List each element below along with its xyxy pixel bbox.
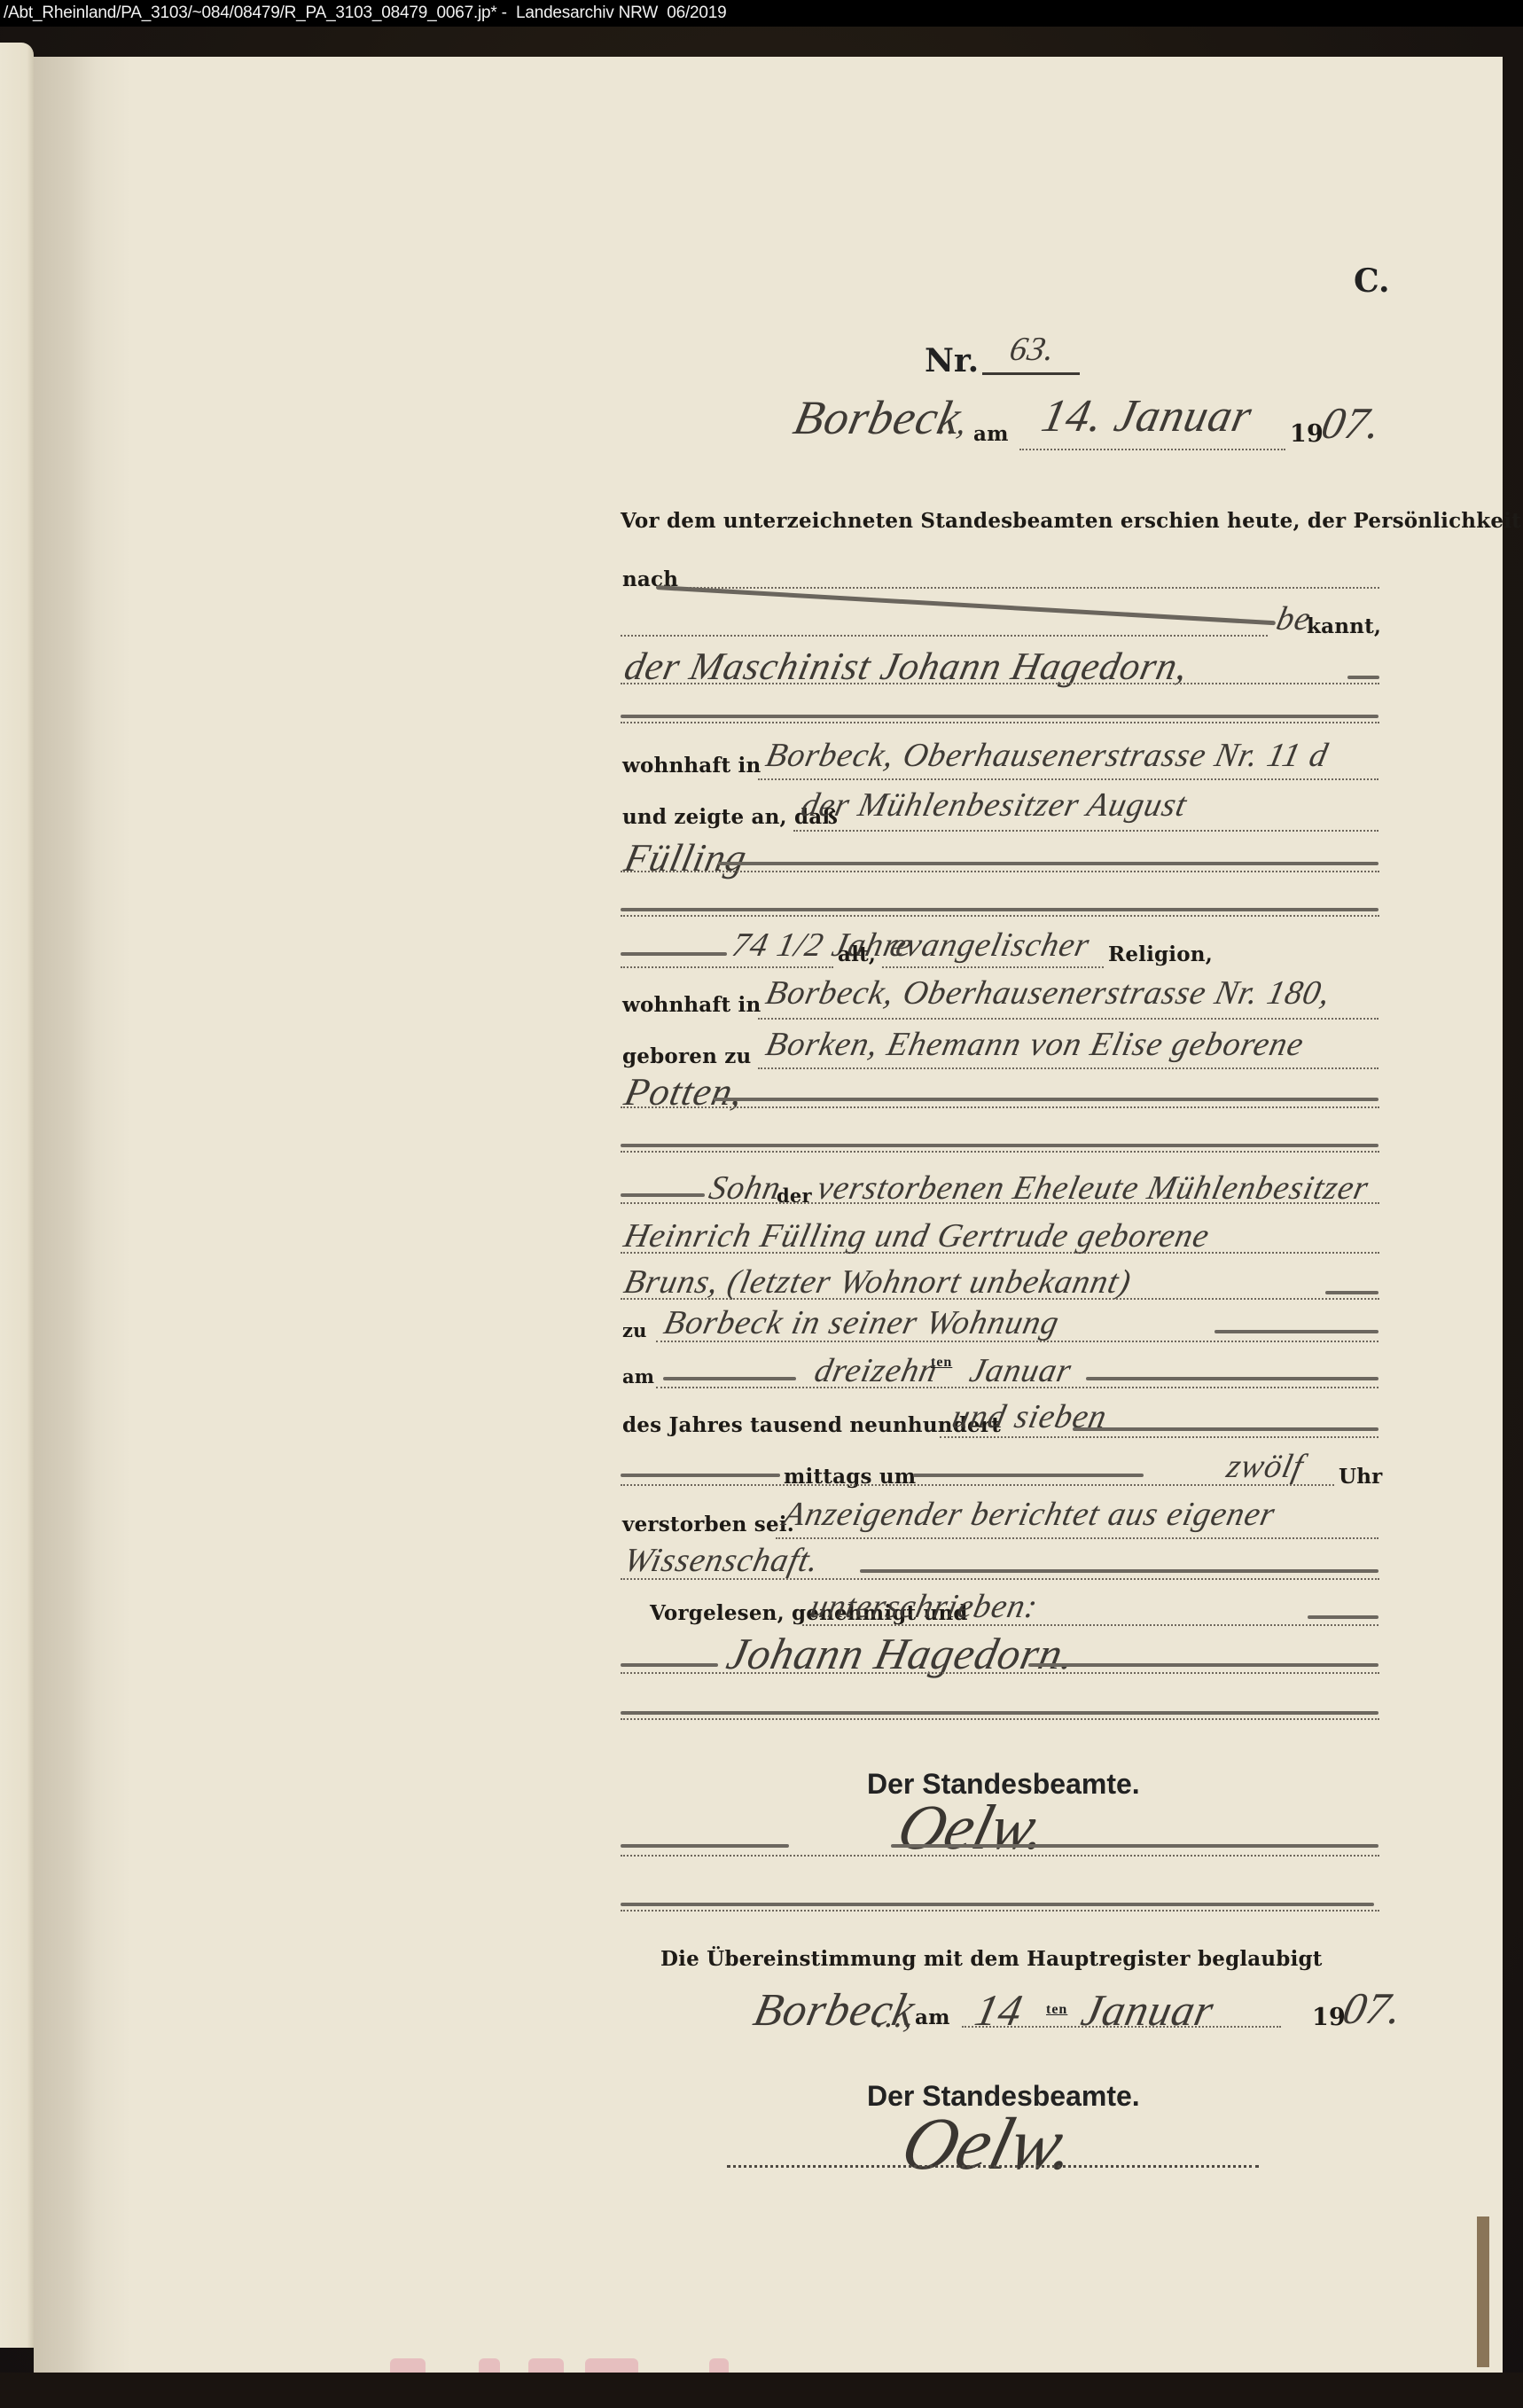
fill-dash (1086, 1377, 1379, 1380)
death-am-label: am (622, 1365, 654, 1388)
fill-dash (621, 1474, 780, 1477)
deceased-wohnhaft-label: wohnhaft in (622, 993, 761, 1017)
fill-dash (621, 952, 727, 956)
register-number-underline (982, 372, 1080, 375)
zu-label: zu (622, 1319, 647, 1341)
fill-dash (1073, 1427, 1379, 1431)
fill-dash (621, 715, 1379, 718)
deceased-line-2: Fülling (621, 835, 751, 880)
death-note-line-2: Wissenschaft. (621, 1541, 823, 1580)
deceased-residence-line (758, 1018, 1379, 1020)
signature-line (621, 1672, 1379, 1674)
deceased-line-1-rule (793, 830, 1379, 832)
fill-dash (1028, 1663, 1379, 1667)
geboren-label: geboren zu (622, 1044, 751, 1068)
parents-rule-3 (621, 1298, 1379, 1300)
time-line (621, 1484, 1334, 1486)
informant-line-2 (621, 722, 1379, 723)
fill-dash (663, 1377, 796, 1380)
deceased-religion: evangelischer (886, 926, 1093, 965)
fill-dash (621, 1144, 1379, 1147)
blank-line (621, 1151, 1379, 1153)
birthplace-line (758, 1067, 1379, 1069)
fill-dash (714, 1098, 1379, 1101)
informant-line (621, 683, 1379, 684)
birthplace-line-2 (621, 1106, 1379, 1108)
death-month: Januar (966, 1351, 1075, 1390)
unterschrieben-line (802, 1624, 1379, 1626)
fill-dash (621, 1711, 1379, 1715)
certification-am-label: am (915, 2005, 950, 2029)
register-number-label: Nr. (925, 342, 979, 379)
parents-line-2: Heinrich Fülling und Gertrude geborene (621, 1216, 1214, 1255)
note-line-2 (621, 1578, 1379, 1580)
alt-label: alt, (838, 942, 876, 966)
blank-line (621, 915, 1379, 917)
header-date-line (1019, 449, 1285, 450)
deceased-line-1: der Mühlenbesitzer August (798, 786, 1191, 825)
fill-dash (621, 1193, 705, 1197)
fill-dash (1347, 676, 1379, 679)
informant-residence: Borbeck, Oberhausenerstrasse Nr. 11 d (762, 736, 1332, 775)
deceased-residence: Borbeck, Oberhausenerstrasse Nr. 180, (762, 973, 1334, 1012)
fill-dash (718, 862, 1379, 865)
bekannt-line (621, 635, 1268, 637)
blank-line (621, 1910, 1379, 1912)
form-letter: C. (1354, 262, 1390, 300)
fill-dash (1308, 1615, 1379, 1619)
death-date-line (656, 1387, 1379, 1388)
certification-year-suffix: 07. (1339, 1982, 1408, 2034)
certification-day-suffix: ten (1046, 2002, 1067, 2018)
informant-wohnhaft-label: wohnhaft in (622, 754, 761, 778)
death-hour: zwölf (1223, 1447, 1308, 1486)
certification-month: Januar (1077, 1984, 1219, 2036)
window-title-bar: /Abt_Rheinland/PA_3103/~084/08479/R_PA_3… (0, 0, 1523, 27)
year-line (940, 1436, 1379, 1438)
fill-dash (860, 1569, 1379, 1573)
verstorben-label: verstorben sei. (622, 1513, 794, 1536)
fill-dash (891, 1844, 1379, 1848)
blank-line (621, 1718, 1379, 1720)
deceased-birthplace: Borken, Ehemann von Elise geborene (762, 1025, 1308, 1064)
unterschrieben-handwritten: unterschrieben: (807, 1587, 1042, 1626)
fill-dash (621, 1844, 789, 1848)
official-signature-line-2 (727, 2165, 1259, 2168)
fill-dash (621, 1663, 718, 1667)
parents-rule-1 (621, 1202, 1379, 1204)
death-day-suffix: ten (931, 1355, 952, 1371)
official-signature-2: Oelw. (894, 2101, 1085, 2187)
certification-text: Die Übereinstimmung mit dem Hauptregiste… (660, 1947, 1323, 1971)
header-year-suffix: 07. (1317, 397, 1386, 449)
death-place: Borbeck in seiner Wohnung (660, 1303, 1063, 1342)
official-signature-1: Oelw. (891, 1791, 1055, 1865)
year-label: des Jahres tausend neunhundert (622, 1413, 1001, 1437)
official-signature-line-1 (621, 1855, 1379, 1857)
page-edge-tear (1477, 2216, 1489, 2367)
religion-line (882, 966, 1104, 968)
window-title: /Abt_Rheinland/PA_3103/~084/08479/R_PA_3… (4, 4, 727, 22)
fill-dash (621, 1903, 1374, 1906)
left-page-edge (0, 43, 34, 2348)
age-line (621, 966, 833, 968)
fill-dash (1325, 1291, 1379, 1294)
fill-dash (621, 908, 1379, 911)
informant-residence-line (758, 778, 1379, 780)
fill-dash (913, 1474, 1144, 1477)
nach-line (665, 587, 1379, 589)
death-note-line-1: Anzeigender berichtet aus eigener (780, 1495, 1279, 1534)
register-number: 63. (1006, 330, 1059, 369)
intro-printed-text: Vor dem unterzeichneten Standesbeamten e… (621, 509, 1521, 533)
header-date: 14. Januar (1037, 390, 1257, 442)
bekannt-printed: kannt, (1307, 614, 1381, 638)
parents-line-3: Bruns, (letzter Wohnort unbekannt) (621, 1263, 1135, 1302)
header-am-label: am (973, 422, 1009, 446)
death-day: dreizehn (811, 1351, 941, 1390)
uhr-label: Uhr (1339, 1465, 1383, 1489)
note-line-1 (776, 1537, 1379, 1539)
deceased-line-2-rule (621, 871, 1379, 872)
parents-rule-2 (621, 1252, 1379, 1254)
fill-dash (1214, 1330, 1379, 1333)
death-place-line (656, 1341, 1379, 1342)
religion-label: Religion, (1108, 942, 1213, 966)
bottom-background (0, 2373, 1523, 2408)
